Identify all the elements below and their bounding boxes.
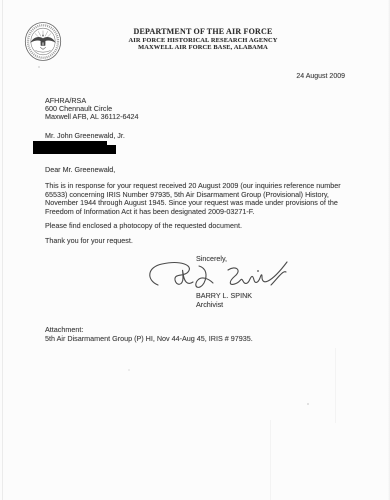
scan-speck bbox=[307, 403, 309, 405]
letterhead-agency: AIR FORCE HISTORICAL RESEARCH AGENCY bbox=[103, 37, 303, 44]
letterhead: DEPARTMENT OF THE AIR FORCE AIR FORCE HI… bbox=[103, 27, 303, 51]
scan-speck bbox=[38, 66, 40, 68]
body-paragraph-1: This is in response for your request rec… bbox=[45, 182, 360, 216]
recipient-name: Mr. John Greenewald, Jr. bbox=[45, 131, 125, 140]
body-line: Freedom of Information Act it has been d… bbox=[45, 208, 360, 217]
signer-title: Archivist bbox=[196, 301, 252, 310]
letter-date: 24 August 2009 bbox=[296, 73, 345, 80]
air-force-seal-icon bbox=[24, 20, 62, 63]
redaction-bar bbox=[33, 141, 107, 154]
body-paragraph-3: Thank you for your request. bbox=[45, 237, 360, 246]
scanned-letter-page: DEPARTMENT OF THE AIR FORCE AIR FORCE HI… bbox=[0, 0, 390, 500]
scan-edge-line bbox=[2, 0, 3, 500]
attachment-text: 5th Air Disarmament Group (P) HI, Nov 44… bbox=[45, 334, 253, 343]
scan-crease bbox=[335, 348, 336, 423]
letterhead-department: DEPARTMENT OF THE AIR FORCE bbox=[103, 27, 303, 37]
sender-city: Maxwell AFB, AL 36112-6424 bbox=[45, 113, 139, 121]
scan-crease bbox=[270, 420, 271, 500]
handwritten-signature bbox=[142, 258, 292, 294]
salutation: Dear Mr. Greenewald, bbox=[45, 165, 115, 174]
body-paragraph-2: Please find enclosed a photocopy of the … bbox=[45, 222, 360, 231]
signature-block: BARRY L. SPINK Archivist bbox=[196, 292, 252, 309]
letterhead-base: MAXWELL AIR FORCE BASE, ALABAMA bbox=[103, 44, 303, 51]
scan-speck bbox=[128, 369, 130, 371]
sender-address: AFHRA/RSA 600 Chennault Circle Maxwell A… bbox=[45, 97, 139, 122]
